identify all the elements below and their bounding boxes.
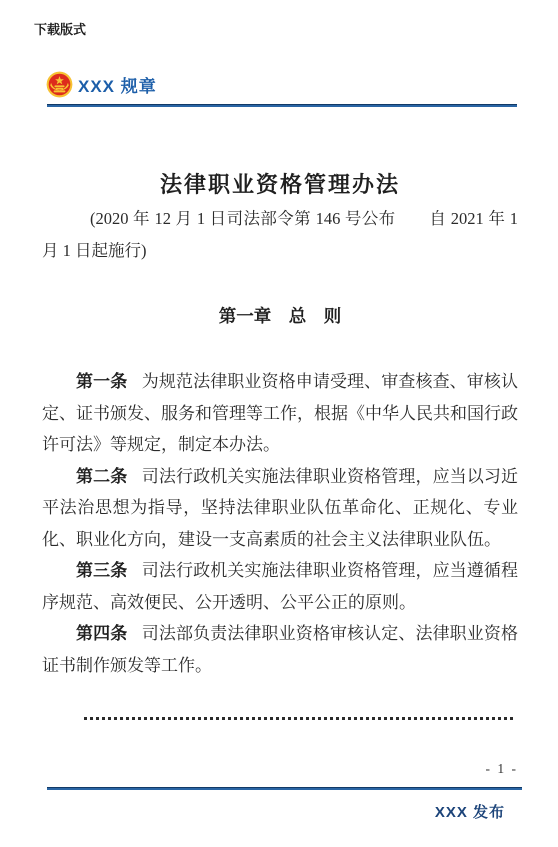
article-paragraph-4: 第四条司法部负责法律职业资格审核认定、法律职业资格证书制作颁发等工作。 (42, 618, 518, 681)
article-number: 第三条 (76, 561, 127, 580)
header-title: XXX 规章 (78, 72, 157, 97)
article-paragraph-2: 第二条司法行政机关实施法律职业资格管理，应当以习近平法治思想为指导，坚持法律职业… (42, 461, 518, 556)
document-header: XXX 规章 (46, 71, 157, 98)
header-divider (47, 104, 517, 107)
articles-section: 第一条为规范法律职业资格申请受理、审查核查、审核认定、证书颁发、服务和管理等工作… (42, 366, 518, 681)
footer-divider (47, 787, 522, 790)
dotted-divider (84, 717, 514, 720)
article-number: 第四条 (76, 624, 127, 643)
national-emblem-icon (46, 71, 73, 98)
article-number: 第一条 (76, 372, 127, 391)
publisher-label: XXX 发布 (435, 801, 505, 822)
document-page: 下载版式 XXX 规章 法律职业资格管理办法 (2020 年 12 月 1 日司… (0, 0, 558, 847)
chapter-heading: 第一章 总 则 (42, 303, 518, 328)
article-paragraph-3: 第三条司法行政机关实施法律职业资格管理，应当遵循程序规范、高效便民、公开透明、公… (42, 555, 518, 618)
document-title: 法律职业资格管理办法 (42, 168, 518, 199)
article-number: 第二条 (76, 467, 127, 486)
page-number: - 1 - (486, 761, 519, 777)
document-body: 法律职业资格管理办法 (2020 年 12 月 1 日司法部令第 146 号公布… (42, 168, 518, 681)
article-paragraph-1: 第一条为规范法律职业资格申请受理、审查核查、审核认定、证书颁发、服务和管理等工作… (42, 366, 518, 461)
publication-note: (2020 年 12 月 1 日司法部令第 146 号公布 自 2021 年 1… (42, 203, 518, 267)
download-format-link[interactable]: 下载版式 (34, 19, 86, 38)
